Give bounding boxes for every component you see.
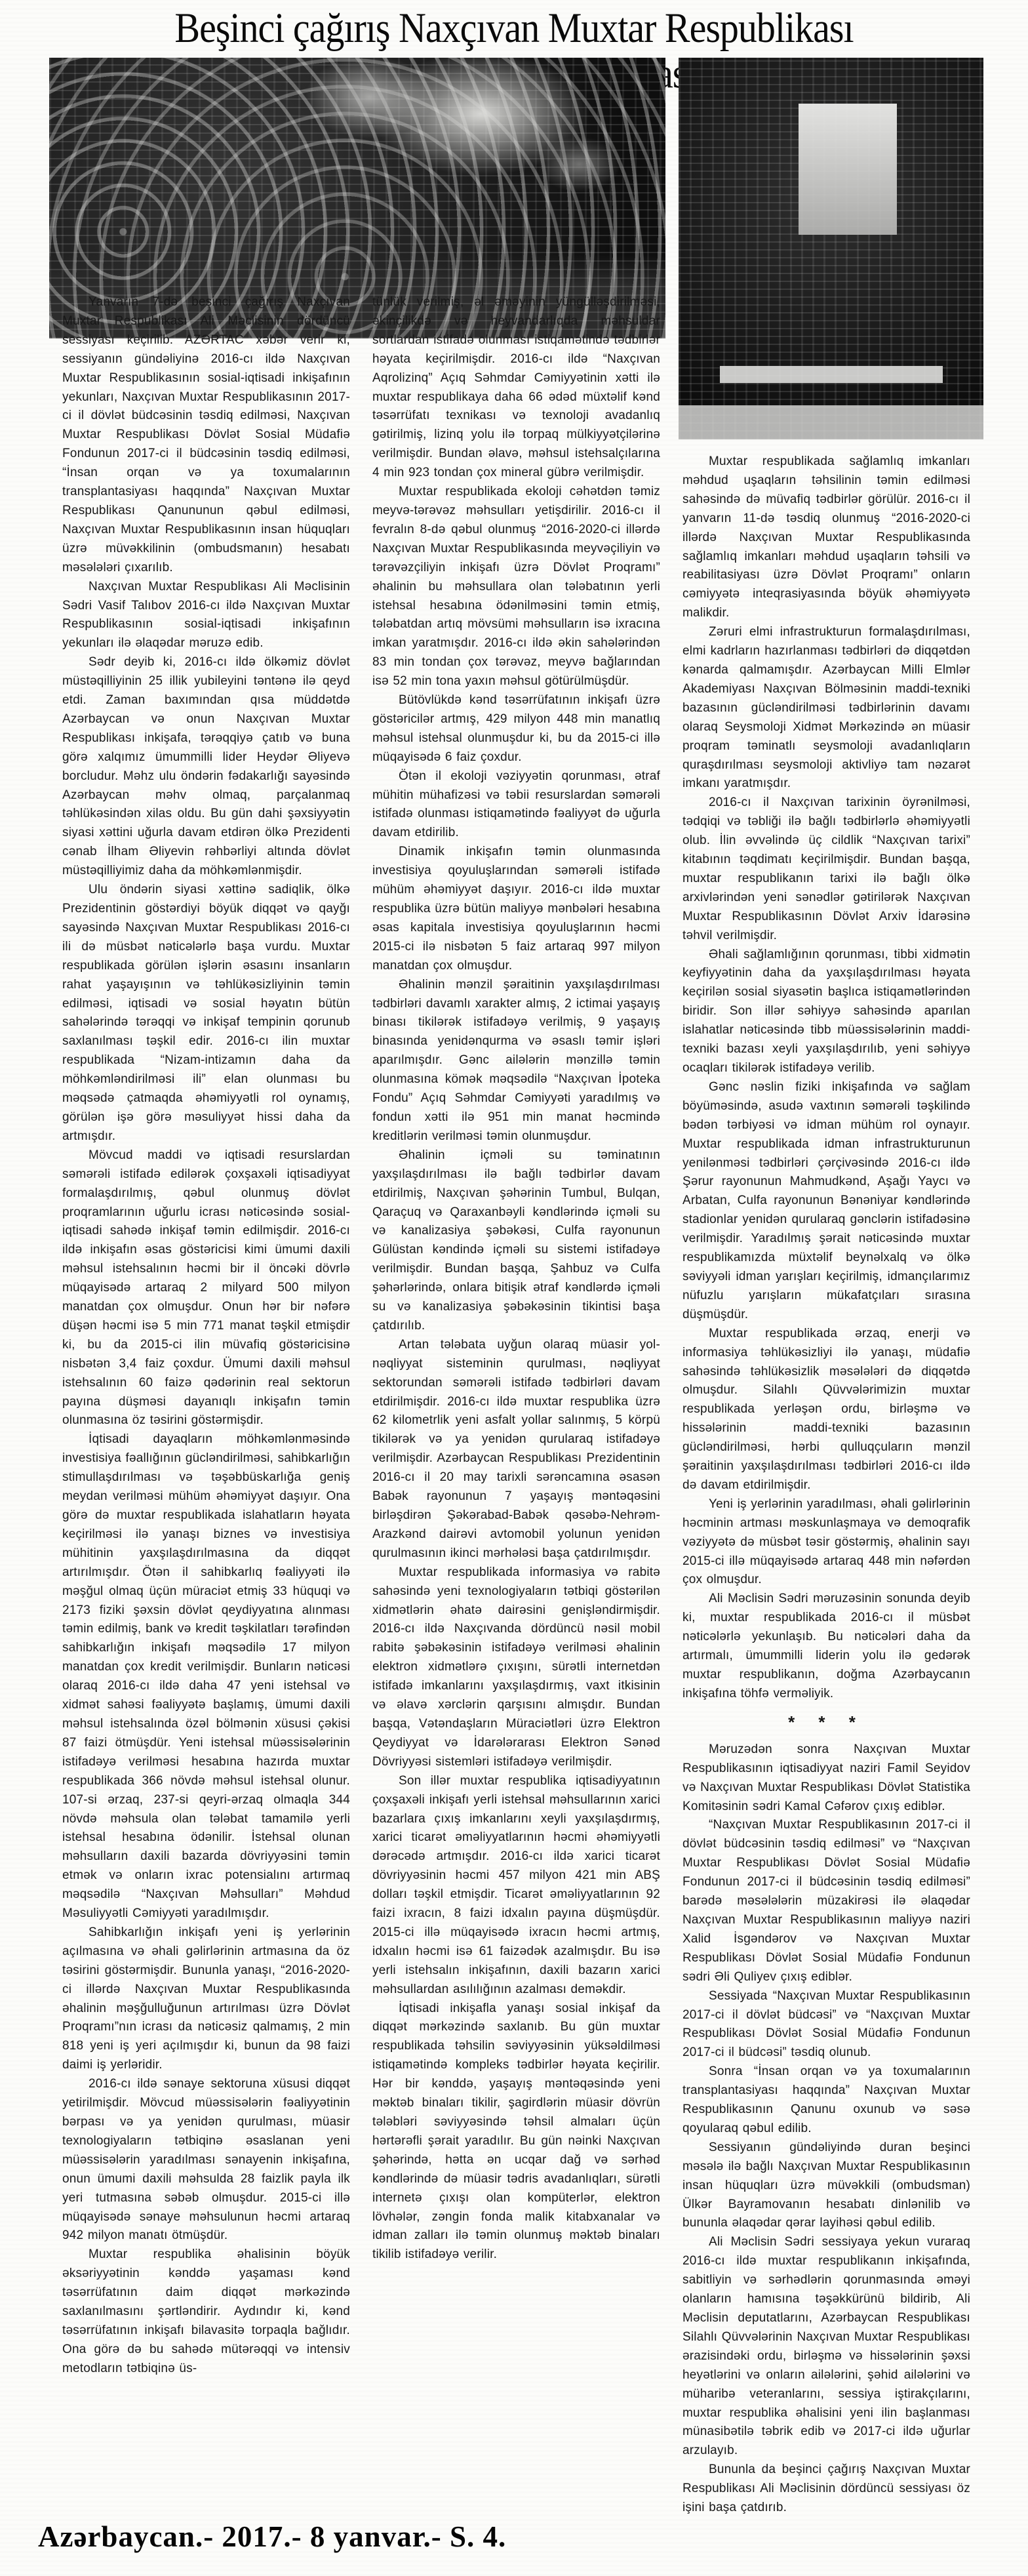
article-paragraph: Sədr deyib ki, 2016-cı ildə ölkəmiz dövl…: [62, 653, 350, 881]
article-paragraph: Ötən il ekoloji vəziyyətin qorunması, ət…: [372, 767, 660, 843]
article-paragraph: Muxtar respublikada ərzaq, enerji və inf…: [682, 1325, 970, 1495]
article-paragraph: Muxtar respublikada informasiya və rabit…: [372, 1563, 660, 1772]
article-paragraph: Bütövlükdə kənd təsərrüfatının inkişafı …: [372, 691, 660, 767]
article-paragraph: Dinamik inkişafın təmin olunmasında inve…: [372, 843, 660, 975]
article-paragraph: Muxtar respublikada sağlamlıq imkanları …: [682, 453, 970, 623]
article-paragraph: Ulu öndərin siyasi xəttinə sadiqlik, ölk…: [62, 881, 350, 1146]
article-paragraph: Zəruri elmi infrastrukturun formalaşdırı…: [682, 623, 970, 794]
source-citation-footer: Azərbaycan.- 2017.- 8 yanvar.- S. 4.: [38, 2520, 506, 2554]
article-paragraph: Gənc nəslin fiziki inkişafında və sağlam…: [682, 1078, 970, 1325]
article-paragraph: Mövcud maddi və iqtisadi resurslardan sə…: [62, 1146, 350, 1431]
article-paragraph: tünlük verilmiş, əl əməyinin yüngülləşdi…: [372, 293, 660, 483]
article-paragraph: Əhalinin içməli su təminatının yaxşılaşd…: [372, 1146, 660, 1336]
article-paragraph: Sahibkarlığın inkişafı yeni iş yerlərini…: [62, 1923, 350, 2075]
article-paragraph: Muxtar respublika əhalisinin böyük əksər…: [62, 2245, 350, 2378]
article-paragraph: Naxçıvan Muxtar Respublikası Ali Məclisi…: [62, 578, 350, 654]
article-paragraph: Sessiyanın gündəliyində duran beşinci mə…: [682, 2139, 970, 2234]
article-paragraph: Ali Məclisin Sədri sessiyaya yekun vurar…: [682, 2233, 970, 2461]
article-column-1: Yanvarın 7-də beşinci çağırış Naxçıvan M…: [62, 293, 350, 2516]
article-paragraph: Məruzədən sonra Naxçıvan Muxtar Respubli…: [682, 1741, 970, 1817]
article-paragraph: Yeni iş yerlərinin yaradılması, əhali gə…: [682, 1495, 970, 1590]
article-paragraph: Sessiyada “Naxçıvan Muxtar Respublikasın…: [682, 1987, 970, 2063]
newspaper-page: Beşinci çağırış Naxçıvan Muxtar Respubli…: [0, 0, 1028, 2576]
section-separator: * * *: [682, 1704, 970, 1741]
article-column-2: tünlük verilmiş, əl əməyinin yüngülləşdi…: [372, 293, 660, 2516]
article-paragraph: Ali Məclisin Sədri məruzəsinin sonunda d…: [682, 1590, 970, 1703]
article-paragraph: Artan tələbata uyğun olaraq müasir yol-n…: [372, 1336, 660, 1563]
source-citation: Azərbaycan.- 2017.- 8 yanvar.- S. 4.: [38, 2520, 506, 2553]
article-paragraph: İqtisadi dayaqların möhkəmlənməsində inv…: [62, 1430, 350, 1923]
article-paragraph: Son illər muxtar respublika iqtisadiyyat…: [372, 1772, 660, 2000]
article-paragraph: Bununla da beşinci çağırış Naxçıvan Muxt…: [682, 2461, 970, 2516]
article-paragraph: “Naxçıvan Muxtar Respublikasının 2017-ci…: [682, 1816, 970, 1986]
headline-line1: Beşinci çağırış Naxçıvan Muxtar Respubli…: [26, 5, 1002, 50]
article-paragraph: Muxtar respublikada ekoloji cəhətdən təm…: [372, 483, 660, 691]
article-body: Yanvarın 7-də beşinci çağırış Naxçıvan M…: [62, 293, 970, 2516]
article-paragraph: Əhalinin mənzil şəraitinin yaxşılaşdırıl…: [372, 976, 660, 1146]
article-paragraph: Yanvarın 7-də beşinci çağırış Naxçıvan M…: [62, 293, 350, 578]
article-paragraph: 2016-cı il Naxçıvan tarixinin öyrənilməs…: [682, 794, 970, 945]
article-paragraph: Sonra “İnsan orqan və ya toxumalarının t…: [682, 2063, 970, 2139]
article-paragraph: İqtisadi inkişafla yanaşı sosial inkişaf…: [372, 2000, 660, 2265]
article-paragraph: Əhali sağlamlığının qorunması, tibbi xid…: [682, 946, 970, 1078]
article-paragraph: 2016-cı ildə sənaye sektoruna xüsusi diq…: [62, 2075, 350, 2245]
article-column-3: Muxtar respublikada sağlamlıq imkanları …: [682, 293, 970, 2516]
